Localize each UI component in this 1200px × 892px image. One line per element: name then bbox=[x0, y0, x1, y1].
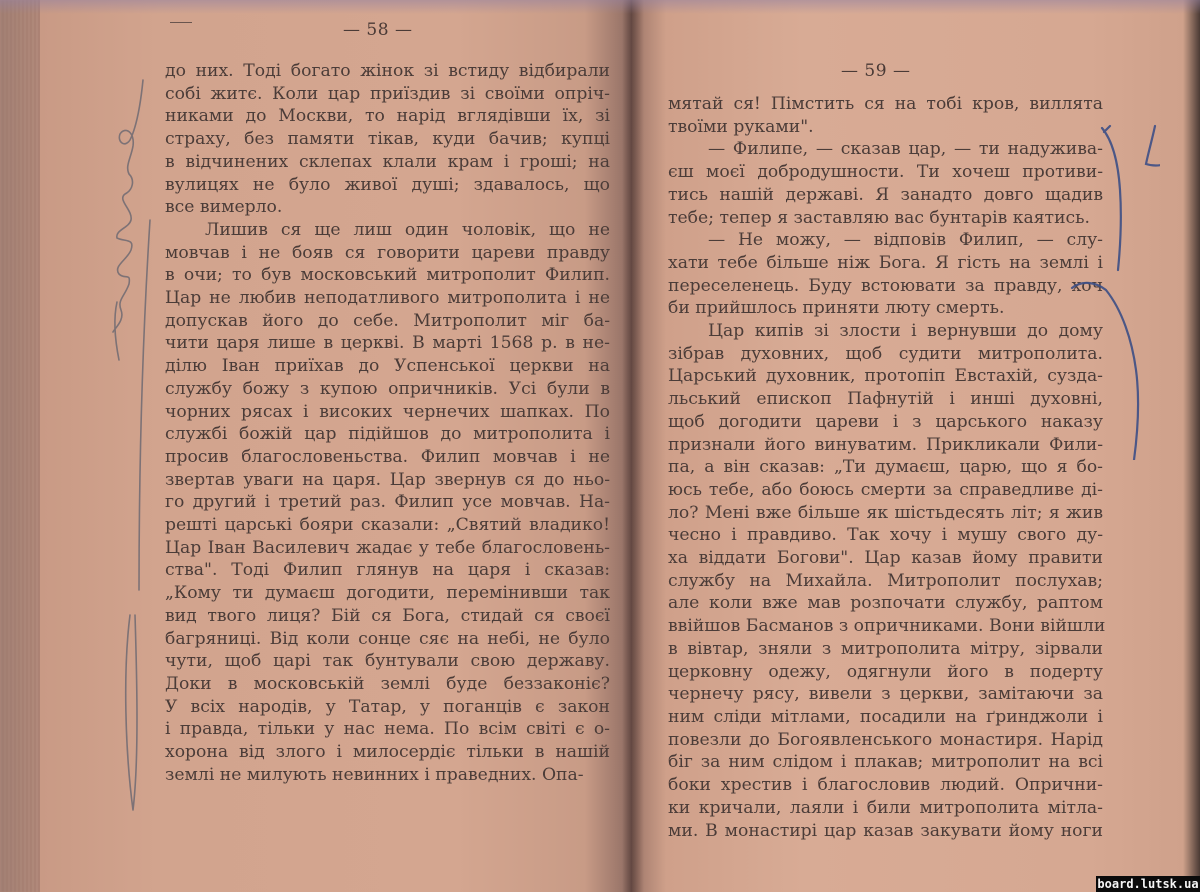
text-line: хати тебе більше ніж Бога. Я гість на зе… bbox=[668, 252, 1103, 275]
text-line: в очи; то був московський митрополит Фил… bbox=[165, 264, 610, 287]
text-line: багряниці. Від коли сонце сяє на небі, н… bbox=[165, 628, 610, 651]
text-line: мовчав і не бояв ся говорити цареви прав… bbox=[165, 242, 610, 265]
left-page-text: до них. Тоді богато жінок зі встиду відб… bbox=[165, 60, 610, 787]
text-line: допускав його до себе. Митрополит міг ба… bbox=[165, 310, 610, 333]
text-line: ло? Мені вже більше як шістьдесять літ; … bbox=[668, 502, 1103, 525]
text-line: Цар не любив неподатливого митрополита і… bbox=[165, 287, 610, 310]
text-line: службу на Михайла. Митрополит послухав; bbox=[668, 570, 1103, 593]
text-line: єш моєї добродушности. Ти хочеш противи- bbox=[668, 161, 1103, 184]
text-line: би прийшлось приняти люту смерть. bbox=[668, 297, 1103, 320]
book-gutter bbox=[622, 0, 644, 892]
text-line: мятай ся! Пімстить ся на тобі кров, вилл… bbox=[668, 93, 1103, 116]
text-line: в відчинених склепах клали крам і гроші;… bbox=[165, 151, 610, 174]
text-line: страху, без памяти тікав, куди бачив; ку… bbox=[165, 128, 610, 151]
text-line: го другий і третий раз. Филип усе мовчав… bbox=[165, 491, 610, 514]
text-line: чернечу рясу, вивели з церкви, замітаючи… bbox=[668, 683, 1103, 706]
text-line: вид твого лиця? Бій ся Бога, стидай ся с… bbox=[165, 605, 610, 628]
text-line: вулицях не було живої душі; здавалось, щ… bbox=[165, 174, 610, 197]
text-line: в вівтар, зняли з митрополита мітру, зір… bbox=[668, 638, 1103, 661]
text-line: службу божу з купою опричників. Усі були… bbox=[165, 378, 610, 401]
text-line: па, а він сказав: „Ти думаєш, царю, що я… bbox=[668, 456, 1103, 479]
text-line: боки хрестив і благословив людий. Опричн… bbox=[668, 774, 1103, 797]
text-line: тебе; тепер я заставляю вас бунтарів кая… bbox=[668, 207, 1103, 230]
top-shadow bbox=[0, 0, 1200, 14]
text-line: службі божій цар підійшов до митрополита… bbox=[165, 423, 610, 446]
text-line: ділю Іван приїхав до Успенської церкви н… bbox=[165, 355, 610, 378]
watermark: board.lutsk.ua bbox=[1096, 876, 1200, 892]
text-line: Царський духовник, протопіп Евстахій, су… bbox=[668, 365, 1103, 388]
text-line: никами до Москви, то нарід вглядівши їх,… bbox=[165, 105, 610, 128]
text-line: чорних рясах і високих чернечих шапках. … bbox=[165, 401, 610, 424]
header-rule bbox=[170, 22, 192, 23]
text-line: Цар кипів зі злости і вернувши до дому bbox=[668, 320, 1103, 343]
text-line: зібрав духовних, щоб судити митрополита. bbox=[668, 343, 1103, 366]
text-line: Лишив ся ще лиш один чоловік, що не bbox=[165, 219, 610, 242]
text-line: льський епископ Пафнутій і инші духовні, bbox=[668, 388, 1103, 411]
text-line: звертав уваги на царя. Цар звернув ся до… bbox=[165, 469, 610, 492]
text-line: чути, щоб царі так бунтували свою держав… bbox=[165, 650, 610, 673]
text-line: і правда, тільки у нас нема. По всім сві… bbox=[165, 718, 610, 741]
page-number-right: — 59 — bbox=[841, 61, 910, 81]
text-line: решті царські бояри сказали: „Святий вла… bbox=[165, 514, 610, 537]
text-line: ха віддати Богови". Цар казав йому прави… bbox=[668, 547, 1103, 570]
text-line: до них. Тоді богато жінок зі встиду відб… bbox=[165, 60, 610, 83]
page-number-left: — 58 — bbox=[343, 20, 412, 40]
text-line: ми. В монастирі цар казав закувати йому … bbox=[668, 820, 1103, 843]
text-line: тись нашій державі. Я занадто довго щади… bbox=[668, 184, 1103, 207]
text-line: але коли вже мав розпочати службу, рапто… bbox=[668, 592, 1103, 615]
text-line: чесно і правдиво. Так хочу і мушу свого … bbox=[668, 524, 1103, 547]
text-line: землі не милують невинних і праведних. О… bbox=[165, 764, 610, 787]
text-line: твоїми руками". bbox=[668, 116, 1103, 139]
text-line: собі житє. Коли цар приїздив зі своїми о… bbox=[165, 83, 610, 106]
text-line: хорона від злого і милосердіє тільки в н… bbox=[165, 741, 610, 764]
text-line: щоб догодити цареви і з царського наказу bbox=[668, 411, 1103, 434]
text-line: церковну одежу, одягнули його в подерту bbox=[668, 661, 1103, 684]
text-line: переселенець. Буду встоювати за правду, … bbox=[668, 275, 1103, 298]
text-line: — Филипе, — сказав цар, — ти надужива- bbox=[668, 138, 1103, 161]
text-line: У всіх народів, у Татар, у поганців є за… bbox=[165, 696, 610, 719]
text-line: юсь тебе, або боюсь смерти за справедлив… bbox=[668, 479, 1103, 502]
text-line: признали його винуватим. Прикликали Фили… bbox=[668, 434, 1103, 457]
text-line: ства". Тоді Филип глянув на царя і сказа… bbox=[165, 559, 610, 582]
text-line: все вимерло. bbox=[165, 196, 610, 219]
text-line: ним сліди мітлами, посадили на ґринджоли… bbox=[668, 706, 1103, 729]
text-line: — Не можу, — відповів Филип, — слу- bbox=[668, 229, 1103, 252]
text-line: Доки в московській землі буде беззаконіє… bbox=[165, 673, 610, 696]
text-line: просив благословеньства. Филип мовчав і … bbox=[165, 446, 610, 469]
text-line: повезли до Богоявленського монастиря. На… bbox=[668, 729, 1103, 752]
book-spread: — 58 — — 59 — до них. Тоді богато жінок … bbox=[0, 0, 1200, 892]
right-page-text: мятай ся! Пімстить ся на тобі кров, вилл… bbox=[668, 93, 1103, 842]
text-line: „Кому ти думаєш догодити, перемінивши та… bbox=[165, 582, 610, 605]
text-line: Цар Іван Василевич жадає у тебе благосло… bbox=[165, 537, 610, 560]
text-line: ки кричали, лаяли і били митрополита міт… bbox=[668, 797, 1103, 820]
text-line: чити царя лише в церкві. В марті 1568 р.… bbox=[165, 332, 610, 355]
text-line: ввійшов Басманов з опричниками. Вони вій… bbox=[668, 615, 1103, 638]
text-line: біг за ним слідом і плакав; митрополит н… bbox=[668, 751, 1103, 774]
